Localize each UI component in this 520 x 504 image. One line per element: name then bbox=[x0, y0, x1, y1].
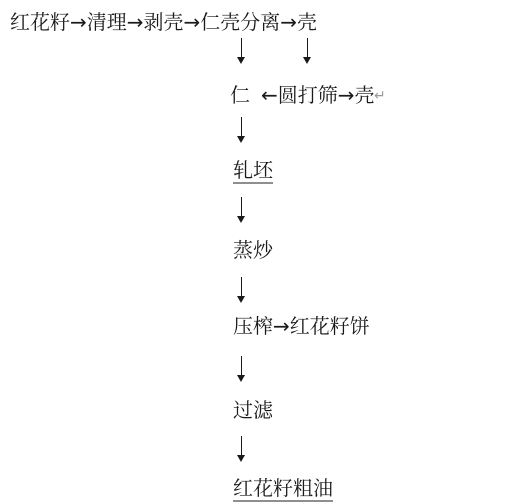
shell-label: 壳 bbox=[355, 84, 375, 106]
flowchart-canvas: 红花籽→清理→剥壳→仁壳分离→壳 仁 ←圆打筛→ 壳 ↵ 轧坯 蒸炒 压榨→红花… bbox=[0, 0, 520, 504]
step-steaming: 蒸炒 bbox=[233, 239, 273, 261]
step-flaking: 轧坯 bbox=[233, 159, 273, 184]
down-arrow-icon bbox=[236, 356, 247, 382]
kernel-label: 仁 bbox=[230, 84, 250, 106]
down-arrow-icon bbox=[236, 277, 247, 303]
prep-line-text: 红花籽→清理→剥壳→仁壳分离→壳 bbox=[10, 11, 317, 33]
down-arrow-icon bbox=[236, 197, 247, 223]
down-arrow-icon bbox=[302, 38, 313, 64]
step-filtering: 过滤 bbox=[233, 399, 273, 421]
sieve-row: ←圆打筛→ 壳 bbox=[261, 84, 375, 106]
down-arrow-icon bbox=[236, 117, 247, 143]
down-arrow-icon bbox=[236, 436, 247, 462]
step-pressing: 压榨→红花籽饼 bbox=[233, 315, 370, 337]
soft-return-icon: ↵ bbox=[374, 89, 386, 103]
down-arrow-icon bbox=[236, 38, 247, 64]
sieve-label: ←圆打筛→ bbox=[261, 84, 355, 106]
final-product: 红花籽粗油 bbox=[233, 477, 333, 502]
